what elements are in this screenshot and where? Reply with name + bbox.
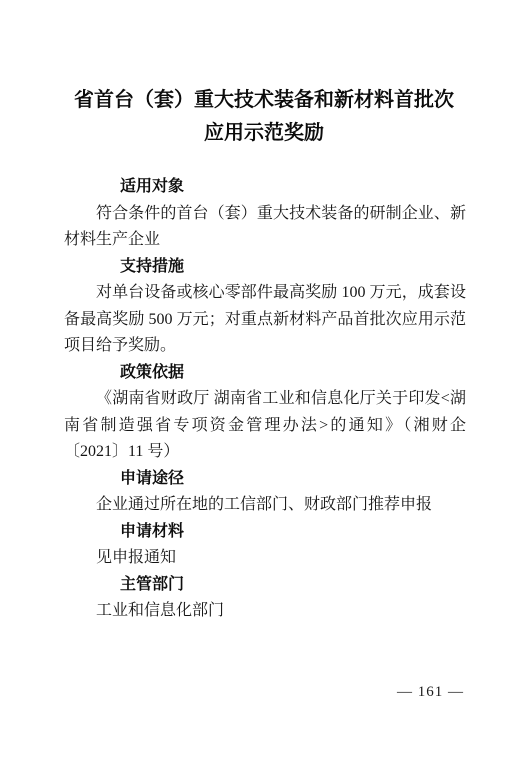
section-heading: 支持措施	[64, 254, 466, 281]
section-paragraph: 对单台设备或核心零部件最高奖励 100 万元，成套设备最高奖励 500 万元；对…	[64, 280, 466, 360]
section-application-channel: 申请途径 企业通过所在地的工信部门、财政部门推荐申报	[64, 466, 466, 519]
document-page: 省首台（套）重大技术装备和新材料首批次 应用示范奖励 适用对象 符合条件的首台（…	[0, 0, 528, 767]
section-paragraph: 工业和信息化部门	[64, 598, 466, 625]
section-heading: 申请途径	[64, 466, 466, 493]
document-body: 适用对象 符合条件的首台（套）重大技术装备的研制企业、新材料生产企业 支持措施 …	[0, 150, 528, 625]
section-paragraph: 符合条件的首台（套）重大技术装备的研制企业、新材料生产企业	[64, 201, 466, 254]
section-heading: 适用对象	[64, 174, 466, 201]
document-title-line2: 应用示范奖励	[204, 122, 324, 144]
page-footer: — 161 —	[397, 684, 464, 701]
section-policy-basis: 政策依据 《湖南省财政厅 湖南省工业和信息化厅关于印发<湖南省制造强省专项资金管…	[64, 360, 466, 466]
section-paragraph: 企业通过所在地的工信部门、财政部门推荐申报	[64, 492, 466, 519]
section-paragraph: 见申报通知	[64, 545, 466, 572]
document-title-line1: 省首台（套）重大技术装备和新材料首批次	[74, 89, 454, 111]
section-heading: 主管部门	[64, 572, 466, 599]
page-number: — 161 —	[397, 684, 464, 700]
section-paragraph: 《湖南省财政厅 湖南省工业和信息化厅关于印发<湖南省制造强省专项资金管理办法>的…	[64, 386, 466, 466]
section-competent-department: 主管部门 工业和信息化部门	[64, 572, 466, 625]
section-support-measures: 支持措施 对单台设备或核心零部件最高奖励 100 万元，成套设备最高奖励 500…	[64, 254, 466, 360]
section-applicable-targets: 适用对象 符合条件的首台（套）重大技术装备的研制企业、新材料生产企业	[64, 174, 466, 254]
section-heading: 申请材料	[64, 519, 466, 546]
document-title: 省首台（套）重大技术装备和新材料首批次 应用示范奖励	[0, 0, 528, 150]
section-application-materials: 申请材料 见申报通知	[64, 519, 466, 572]
section-heading: 政策依据	[64, 360, 466, 387]
